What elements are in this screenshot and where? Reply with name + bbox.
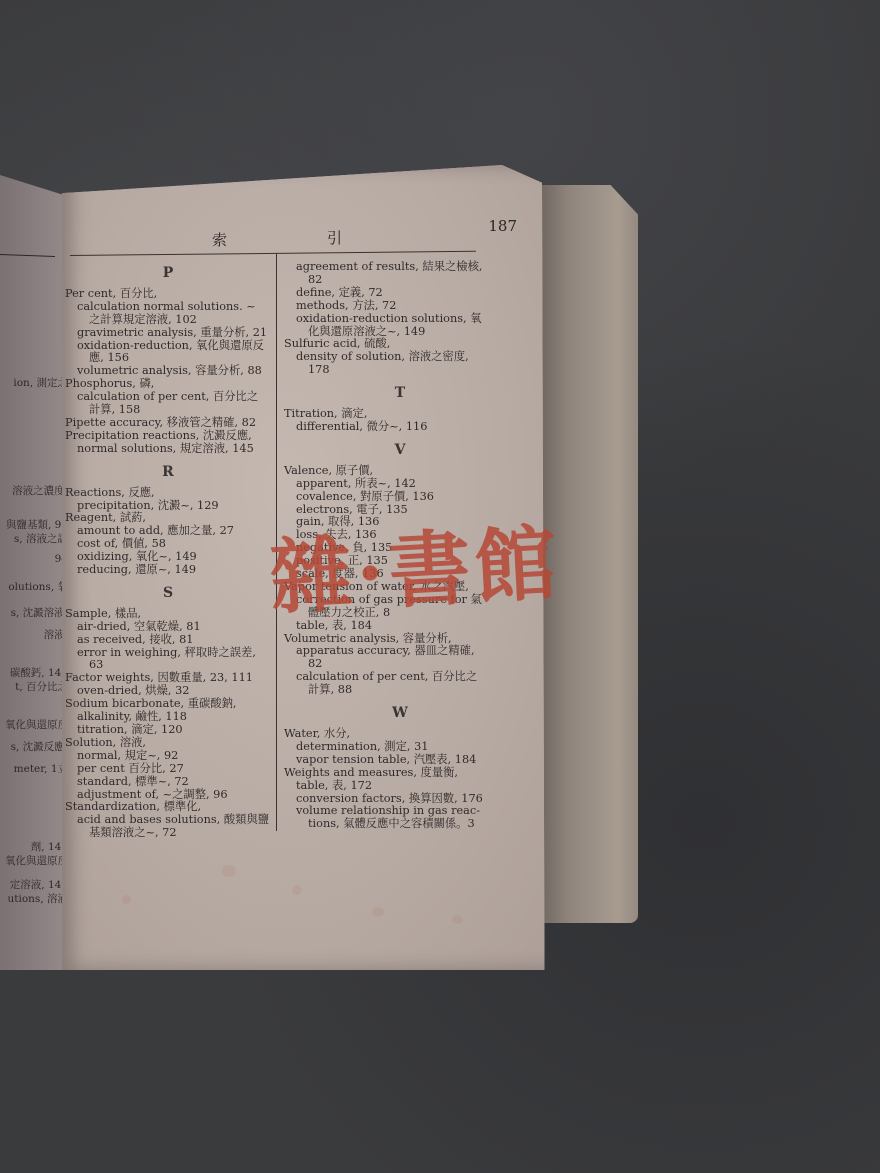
running-head: 索 引 187 <box>62 217 537 247</box>
index-subentry: methods, 方法, 72 <box>284 300 516 313</box>
index-subentry: 178 <box>284 364 516 377</box>
section-letter-r: R <box>65 466 271 479</box>
index-subentry: determination, 測定, 31 <box>284 741 516 754</box>
index-entry: Weights and measures, 度量衡, <box>284 767 516 780</box>
section-letter-t: T <box>284 387 516 400</box>
index-column-left: PPer cent, 百分比,calculation normal soluti… <box>65 261 271 844</box>
section-gap <box>65 840 271 844</box>
left-page-text-fragment: utions, 溶液 <box>8 891 69 906</box>
index-subentry: standard, 標準~, 72 <box>65 776 271 789</box>
index-subentry: table, 表, 172 <box>284 780 516 793</box>
index-subentry: 之計算規定溶液, 102 <box>65 314 271 327</box>
section-gap <box>65 577 271 581</box>
left-page-header-rule <box>0 254 55 257</box>
left-page-text-fragment: 氧化與還原反 <box>5 853 68 868</box>
index-subentry: tions, 氣體反應中之容積關係。3 <box>284 818 516 831</box>
left-page-text-fragment: 溶液之濃度, <box>12 483 68 498</box>
index-subentry: covalence, 對原子價, 136 <box>284 491 516 504</box>
index-subentry: differential, 微分~, 116 <box>284 421 516 434</box>
header-rule <box>70 251 476 257</box>
left-page-text-fragment: 與鹽基類, 98 <box>6 517 68 532</box>
index-subentry: normal solutions, 規定溶液, 145 <box>65 443 271 456</box>
index-subentry: normal, 規定~, 92 <box>65 750 271 763</box>
index-entry: Reactions, 反應, <box>65 487 271 500</box>
index-entry: Pipette accuracy, 移液管之精確, 82 <box>65 417 271 430</box>
section-letter-p: P <box>65 267 271 280</box>
left-page-text-fragment: t, 百分比之 <box>15 679 68 694</box>
foxing-stain <box>122 895 131 904</box>
index-entry: Valence, 原子價, <box>284 465 516 478</box>
section-letter-w: W <box>284 707 516 720</box>
index-subentry: 82 <box>284 274 516 287</box>
left-page-text-fragment: 氧化與還原反 <box>5 717 68 732</box>
left-page-text-fragment: meter, 1立 <box>14 761 68 776</box>
section-gap <box>284 697 516 701</box>
section-letter-v: V <box>284 444 516 457</box>
index-entry: Sample, 樣品, <box>65 608 271 621</box>
section-gap <box>284 831 516 835</box>
index-subentry: reducing, 還原~, 149 <box>65 564 271 577</box>
left-page-text-fragment: s, 溶液之調 <box>14 531 68 546</box>
index-subentry: 計算, 88 <box>284 684 516 697</box>
foxing-stain <box>452 915 463 924</box>
index-subentry: define, 定義, 72 <box>284 287 516 300</box>
watermark: 雜·書館 <box>268 522 562 619</box>
index-subentry: titration, 滴定, 120 <box>65 724 271 737</box>
left-page-text-fragment: 碳酸鈣, 145 <box>10 665 68 680</box>
index-subentry: calculation normal solutions. ~ <box>65 301 271 314</box>
index-entry: Solution, 溶液, <box>65 737 271 750</box>
left-page-text-fragment: olutions, 氧 <box>8 579 68 594</box>
left-page-text-fragment: s, 沈澱反應, <box>11 739 68 754</box>
index-subentry: air-dried, 空氣乾燥, 81 <box>65 621 271 634</box>
foxing-stain <box>372 907 384 917</box>
section-gap <box>284 434 516 438</box>
index-entry: Water, 水分, <box>284 728 516 741</box>
section-letter-s: S <box>65 587 271 600</box>
running-head-title-char-1: 索 <box>212 229 227 250</box>
section-gap <box>284 377 516 381</box>
left-page-text-fragment: 定溶液, 145 <box>10 877 68 892</box>
left-page-text-fragment: ion, 測定之 <box>13 375 68 390</box>
index-subentry: oxidation-reduction solutions, 氧 <box>284 313 516 326</box>
foxing-stain <box>222 865 236 877</box>
page-number: 187 <box>488 217 517 235</box>
index-entry: Per cent, 百分比, <box>65 288 271 301</box>
index-entry: Precipitation reactions, 沈澱反應, <box>65 430 271 443</box>
left-page-text-fragment: s, 沈澱溶液, <box>11 605 68 620</box>
section-gap <box>65 456 271 460</box>
foxing-stain <box>292 885 302 895</box>
index-subentry: gravimetric analysis, 重量分析, 21 <box>65 327 271 340</box>
index-subentry: per cent 百分比, 27 <box>65 763 271 776</box>
index-subentry: agreement of results, 結果之檢核, <box>284 261 516 274</box>
index-subentry: as received, 接收, 81 <box>65 634 271 647</box>
index-subentry: apparent, 所表~, 142 <box>284 478 516 491</box>
index-subentry: 基類溶液之~, 72 <box>65 827 271 840</box>
index-subentry: vapor tension table, 汽壓表, 184 <box>284 754 516 767</box>
running-head-title-char-2: 引 <box>327 227 342 248</box>
